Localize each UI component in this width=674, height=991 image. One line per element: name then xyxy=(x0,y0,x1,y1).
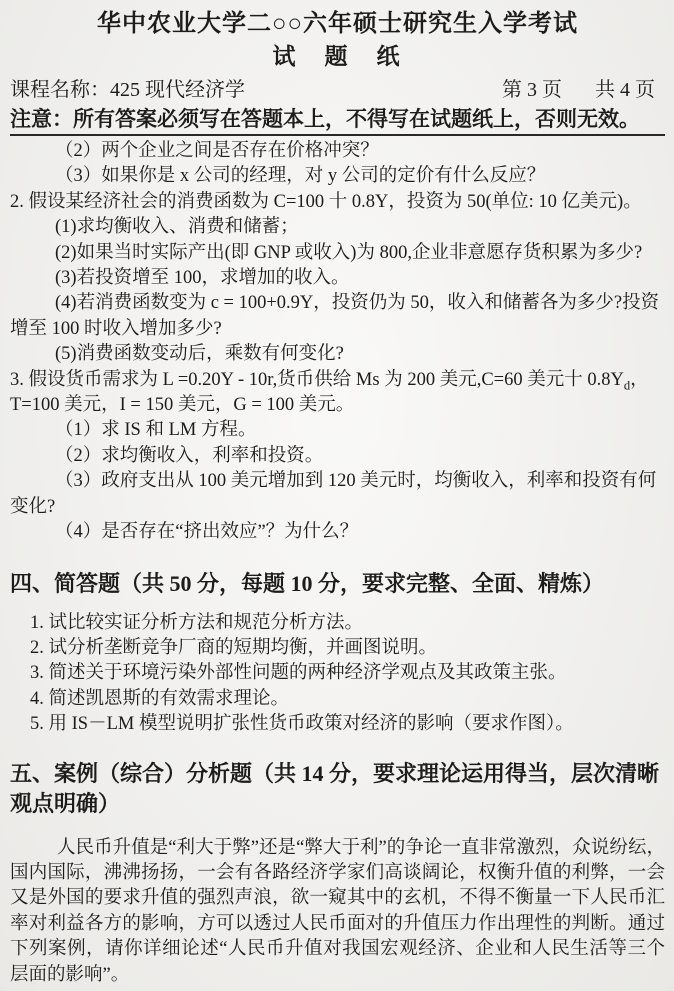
page-indicator: 第 3 页 共 4 页 xyxy=(502,77,665,103)
question2-sub4: (4)若消费函数变为 c = 100+0.9Y，投资仍为 50，收入和储蓄各为多… xyxy=(10,291,665,342)
course-meta-row: 课程名称：425 现代经济学 第 3 页 共 4 页 xyxy=(10,77,665,103)
short-answer-list: 1. 试比较实证分析方法和规范分析方法。 2. 试分析垄断竞争厂商的短期均衡，并… xyxy=(10,611,665,738)
paper-header: 华中农业大学二○○六年硕士研究生入学考试 试 题 纸 课程名称：425 现代经济… xyxy=(10,8,665,136)
short-answer-item-5: 5. 用 IS－LM 模型说明扩张性货币政策对经济的影响（要求作图）。 xyxy=(10,712,665,737)
notice-line: 注意：所有答案必须写在答题本上，不得写在试题纸上，否则无效。 xyxy=(10,106,665,136)
question3-sub4: （4）是否存在“挤出效应”？为什么？ xyxy=(10,520,665,545)
exam-paper-page: 华中农业大学二○○六年硕士研究生入学考试 试 题 纸 课程名称：425 现代经济… xyxy=(0,0,674,991)
short-answer-item-3: 3. 简述关于环境污染外部性问题的两种经济学观点及其政策主张。 xyxy=(10,661,665,686)
question3-intro: 3. 假设货币需求为 L =0.20Y - 10r,货币供给 Ms 为 200 … xyxy=(10,368,665,419)
question2-sub3: (3)若投资增至 100，求增加的收入。 xyxy=(10,266,665,291)
question2-sub5: (5)消费函数变动后，乘数有何变化? xyxy=(10,342,665,367)
exam-title: 华中农业大学二○○六年硕士研究生入学考试 xyxy=(10,8,665,40)
question3-sub2: （2）求均衡收入，利率和投资。 xyxy=(10,444,665,469)
question3-sub1: （1）求 IS 和 LM 方程。 xyxy=(10,418,665,443)
short-answer-item-2: 2. 试分析垄断竞争厂商的短期均衡，并画图说明。 xyxy=(10,636,665,661)
section4-heading: 四、简答题（共 50 分，每题 10 分，要求完整、全面、精炼） xyxy=(10,569,665,598)
short-answer-item-1: 1. 试比较实证分析方法和规范分析方法。 xyxy=(10,611,665,636)
question2-intro: 2. 假设某经济社会的消费函数为 C=100 十 0.8Y，投资为 50(单位:… xyxy=(10,190,665,215)
section5-heading: 五、案例（综合）分析题（共 14 分，要求理论运用得当，层次清晰观点明确） xyxy=(10,759,665,819)
page-current: 第 3 页 xyxy=(502,79,562,101)
course-name: 课程名称：425 现代经济学 xyxy=(10,77,245,103)
page-total: 共 4 页 xyxy=(595,79,655,101)
question1-sub2: （2）两个企业之间是否存在价格冲突？ xyxy=(10,139,665,164)
question2-sub2: (2)如果当时实际产出(即 GNP 或收入)为 800,企业非意愿存货积累为多少… xyxy=(10,241,665,266)
case-paragraph: 人民币升值是“利大于弊”还是“弊大于利”的争论一直非常激烈，众说纷纭，国内国际，… xyxy=(10,836,665,988)
short-answer-item-4: 4. 简述凯恩斯的有效需求理论。 xyxy=(10,687,665,712)
question3-intro-text: 3. 假设货币需求为 L =0.20Y - 10r,货币供给 Ms 为 200 … xyxy=(10,370,624,390)
question3-sub3: （3）政府支出从 100 美元增加到 120 美元时，均衡收入，利率和投资有何变… xyxy=(10,469,665,520)
paper-type-title: 试 题 纸 xyxy=(10,43,665,70)
question2-sub1: (1)求均衡收入、消费和储蓄； xyxy=(10,215,665,240)
questions-body: （2）两个企业之间是否存在价格冲突？ （3）如果你是 x 公司的经理，对 y 公… xyxy=(10,139,665,988)
question1-sub3: （3）如果你是 x 公司的经理，对 y 公司的定价有什么反应？ xyxy=(10,164,665,189)
